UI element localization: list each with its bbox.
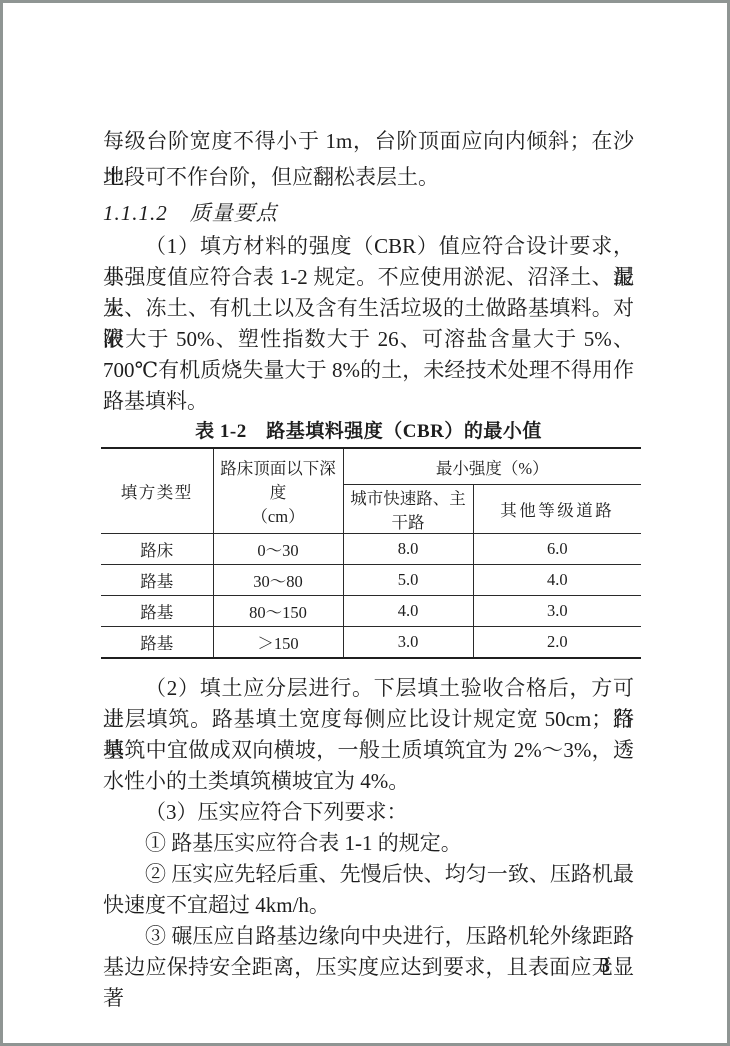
- table-header-line: 路床顶面以下深度: [214, 455, 343, 503]
- table-cell: 路基: [101, 627, 213, 659]
- table-cell: ＞150: [213, 627, 343, 659]
- table-row: 路床 0～30 8.0 6.0: [101, 534, 641, 565]
- table-header-group-cell: 最小强度（%）: [343, 448, 641, 485]
- table-cell: 路基: [101, 565, 213, 596]
- table-cell: 8.0: [343, 534, 473, 565]
- table-cell: 路基: [101, 596, 213, 627]
- table-cell: 4.0: [473, 565, 641, 596]
- table-header-cell: 城市快速路、主干路: [343, 485, 473, 534]
- table-cell: 80～150: [213, 596, 343, 627]
- paragraph-line: 700℃有机质烧失量大于 8%的土，未经技术处理不得用作: [103, 355, 634, 386]
- table-cell: 3.0: [473, 596, 641, 627]
- document-page: 每级台阶宽度不得小于 1m，台阶顶面应向内倾斜；在沙土 地段可不作台阶，但应翻松…: [0, 0, 730, 1046]
- list-item-line: 基边应保持安全距离，压实度应达到要求，且表面应无显著: [103, 952, 634, 983]
- list-item-line: ② 压实应先轻后重、先慢后快、均匀一致、压路机最: [103, 859, 634, 890]
- table-cell: 5.0: [343, 565, 473, 596]
- paragraph-2: （2）填土应分层进行。下层填土验收合格后，方可进行 土层填筑。路基填土宽度每侧应…: [103, 673, 634, 797]
- list-item-line: ③ 碾压应自路基边缘向中央进行，压路机轮外缘距路: [103, 921, 634, 952]
- table-cell: 6.0: [473, 534, 641, 565]
- paragraph-line: 每级台阶宽度不得小于 1m，台阶顶面应向内倾斜；在沙土: [103, 123, 634, 159]
- cbr-minimum-strength-table: 填方类型 路床顶面以下深度 （cm） 最小强度（%） 城市快速路、主干路 其他等…: [101, 447, 641, 659]
- table-row: 路基 30～80 5.0 4.0: [101, 565, 641, 596]
- intro-paragraph: 每级台阶宽度不得小于 1m，台阶顶面应向内倾斜；在沙土 地段可不作台阶，但应翻松…: [103, 123, 634, 195]
- paragraph-line: 小强度值应符合表 1-2 规定。不应使用淤泥、沼泽土、泥炭: [103, 262, 634, 293]
- table-cell: 3.0: [343, 627, 473, 659]
- paragraph-line: 水性小的土类填筑横坡宜为 4%。: [103, 766, 634, 797]
- table-header-cell: 填方类型: [101, 448, 213, 534]
- section-heading: 1.1.1.2 质量要点: [103, 195, 634, 231]
- table-cell: 2.0: [473, 627, 641, 659]
- paragraph-line: （3）压实应符合下列要求：: [103, 797, 634, 828]
- paragraph-line: （1）填方材料的强度（CBR）值应符合设计要求，其最: [103, 231, 634, 262]
- paragraph-3: （3）压实应符合下列要求： ① 路基压实应符合表 1-1 的规定。 ② 压实应先…: [103, 797, 634, 983]
- table-header-cell: 路床顶面以下深度 （cm）: [213, 448, 343, 534]
- page-content: 每级台阶宽度不得小于 1m，台阶顶面应向内倾斜；在沙土 地段可不作台阶，但应翻松…: [103, 123, 634, 983]
- table-row: 路基 ＞150 3.0 2.0: [101, 627, 641, 659]
- table-header-line: （cm）: [214, 503, 343, 527]
- paragraph-line: 路基填料。: [103, 386, 634, 417]
- table-cell: 0～30: [213, 534, 343, 565]
- paragraph-line: 填筑中宜做成双向横坡，一般土质填筑宜为 2%～3%，透: [103, 735, 634, 766]
- table-caption: 表 1-2 路基填料强度（CBR）的最小值: [103, 417, 634, 447]
- list-item-line: ① 路基压实应符合表 1-1 的规定。: [103, 828, 634, 859]
- paragraph-line: 土层填筑。路基填土宽度每侧应比设计规定宽 50cm；路基: [103, 704, 634, 735]
- page-number: 3: [600, 953, 611, 978]
- paragraph-line: （2）填土应分层进行。下层填土验收合格后，方可进行: [103, 673, 634, 704]
- table-cell: 30～80: [213, 565, 343, 596]
- table-header-cell: 其他等级道路: [473, 485, 641, 534]
- paragraph-line: 地段可不作台阶，但应翻松表层土。: [103, 159, 634, 195]
- paragraph-line: 限大于 50%、塑性指数大于 26、可溶盐含量大于 5%、: [103, 324, 634, 355]
- cbr-table-wrapper: 填方类型 路床顶面以下深度 （cm） 最小强度（%） 城市快速路、主干路 其他等…: [101, 447, 641, 659]
- list-item-line: 快速度不宜超过 4km/h。: [103, 890, 634, 921]
- paragraph-line: 土、冻土、有机土以及含有生活垃圾的土做路基填料。对液: [103, 293, 634, 324]
- table-cell: 4.0: [343, 596, 473, 627]
- paragraph-1: （1）填方材料的强度（CBR）值应符合设计要求，其最 小强度值应符合表 1-2 …: [103, 231, 634, 417]
- table-cell: 路床: [101, 534, 213, 565]
- table-row: 路基 80～150 4.0 3.0: [101, 596, 641, 627]
